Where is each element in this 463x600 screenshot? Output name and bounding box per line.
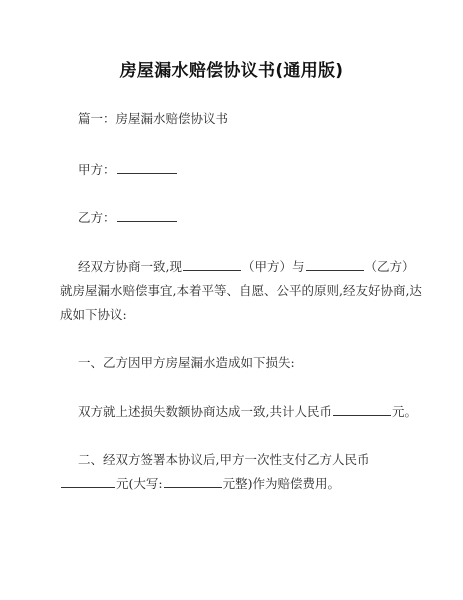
amount-blank[interactable]: [333, 414, 391, 416]
payment-amount-blank[interactable]: [61, 486, 115, 488]
clause1-amount-line: 双方就上述损失数额协商达成一致,共计人民币元。: [78, 402, 417, 420]
document-title: 房屋漏水赔偿协议书(通用版): [0, 56, 463, 81]
para1-line1: 经双方协商一致,现（甲方）与（乙方）: [78, 257, 415, 275]
clause2-text-a: 元(大写:: [116, 476, 163, 491]
clause1-amount-text: 双方就上述损失数额协商达成一致,共计人民币: [78, 404, 332, 419]
party-b-label: 乙方：: [78, 210, 116, 225]
payment-uppercase-blank[interactable]: [164, 486, 222, 488]
party-a-line: 甲方：: [78, 160, 178, 178]
subtitle: 篇一：房屋漏水赔偿协议书: [78, 109, 228, 127]
para1-text-c: （乙方）: [365, 259, 415, 274]
clause2-line2: 元(大写:元整)作为赔偿费用。: [60, 474, 340, 492]
para1-line2: 就房屋漏水赔偿事宜,本着平等、自愿、公平的原则,经友好协商,达: [60, 281, 422, 299]
clause2-line1: 二、经双方签署本协议后,甲方一次性支付乙方人民币: [78, 450, 369, 468]
party-a-blank[interactable]: [117, 172, 177, 174]
para1-line3: 成如下协议:: [60, 305, 127, 323]
party-b-name-blank[interactable]: [306, 269, 364, 271]
para1-text-b: （甲方）与: [242, 259, 305, 274]
clause1: 一、乙方因甲方房屋漏水造成如下损失:: [78, 353, 295, 371]
party-a-label: 甲方：: [78, 162, 116, 177]
clause2-text-b: 元整)作为赔偿费用。: [223, 476, 340, 491]
party-b-blank[interactable]: [117, 220, 177, 222]
clause1-yuan: 元。: [392, 404, 417, 419]
party-b-line: 乙方：: [78, 208, 178, 226]
party-a-name-blank[interactable]: [183, 269, 241, 271]
para1-text-a: 经双方协商一致,现: [78, 259, 182, 274]
